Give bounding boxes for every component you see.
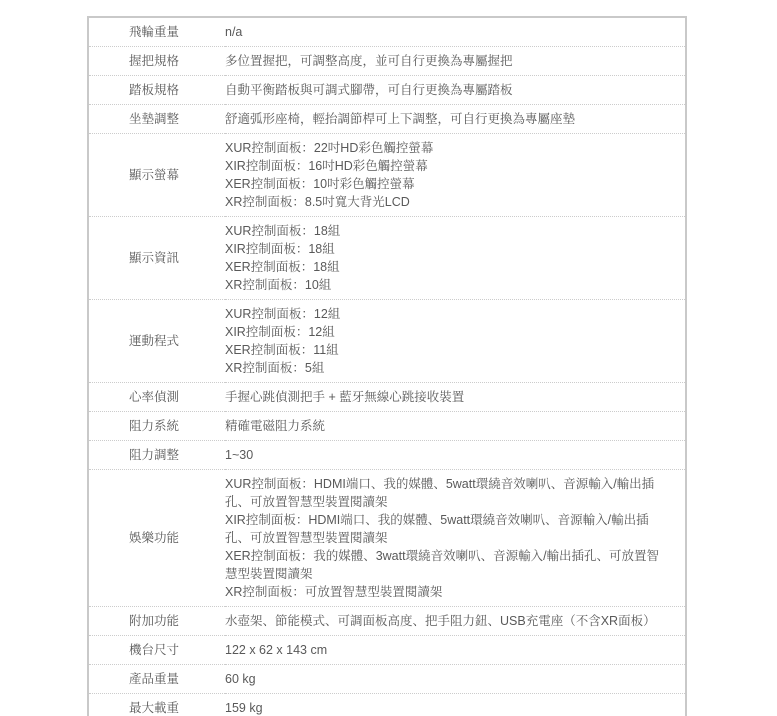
spec-value-line: 1~30	[225, 446, 669, 464]
spec-value-line: XER控制面板：10吋彩色觸控螢幕	[225, 175, 669, 193]
table-row: 顯示資訊XUR控制面板：18組XIR控制面板：18組XER控制面板：18組XR控…	[88, 217, 686, 300]
table-row: 坐墊調整舒適弧形座椅，輕抬調節桿可上下調整，可自行更換為專屬座墊	[88, 105, 686, 134]
table-row: 握把規格多位置握把，可調整高度，並可自行更換為專屬握把	[88, 47, 686, 76]
spec-value-line: 舒適弧形座椅，輕抬調節桿可上下調整，可自行更換為專屬座墊	[225, 110, 669, 128]
spec-value: 1~30	[225, 441, 686, 470]
spec-value-line: XUR控制面板：22吋HD彩色觸控螢幕	[225, 139, 669, 157]
spec-label: 機台尺寸	[88, 636, 225, 665]
spec-value: 159 kg	[225, 694, 686, 716]
spec-label: 踏板規格	[88, 76, 225, 105]
spec-value-line: XER控制面板：18組	[225, 258, 669, 276]
spec-label: 顯示資訊	[88, 217, 225, 300]
spec-label: 娛樂功能	[88, 470, 225, 607]
spec-label: 顯示螢幕	[88, 134, 225, 217]
spec-value-line: XR控制面板：10組	[225, 276, 669, 294]
spec-label: 阻力系統	[88, 412, 225, 441]
table-row: 踏板規格自動平衡踏板與可調式腳帶，可自行更換為專屬踏板	[88, 76, 686, 105]
spec-value: 精確電磁阻力系統	[225, 412, 686, 441]
spec-value: 手握心跳偵測把手 + 藍牙無線心跳接收裝置	[225, 383, 686, 412]
spec-value-line: n/a	[225, 23, 669, 41]
table-row: 顯示螢幕XUR控制面板：22吋HD彩色觸控螢幕XIR控制面板：16吋HD彩色觸控…	[88, 134, 686, 217]
spec-value: XUR控制面板：HDMI端口、我的媒體、5watt環繞音效喇叭、音源輸入/輸出插…	[225, 470, 686, 607]
spec-value-line: XIR控制面板：16吋HD彩色觸控螢幕	[225, 157, 669, 175]
table-row: 娛樂功能XUR控制面板：HDMI端口、我的媒體、5watt環繞音效喇叭、音源輸入…	[88, 470, 686, 607]
spec-value-line: XIR控制面板：12組	[225, 323, 669, 341]
spec-value-line: XR控制面板：可放置智慧型裝置閱讀架	[225, 583, 669, 601]
spec-value: 水壺架、節能模式、可調面板高度、把手阻力鈕、USB充電座（不含XR面板）	[225, 607, 686, 636]
product-spec-page: 飛輪重量n/a握把規格多位置握把，可調整高度，並可自行更換為專屬握把踏板規格自動…	[0, 0, 777, 716]
spec-label: 坐墊調整	[88, 105, 225, 134]
spec-label: 運動程式	[88, 300, 225, 383]
table-row: 附加功能水壺架、節能模式、可調面板高度、把手阻力鈕、USB充電座（不含XR面板）	[88, 607, 686, 636]
table-row: 心率偵測手握心跳偵測把手 + 藍牙無線心跳接收裝置	[88, 383, 686, 412]
spec-value: n/a	[225, 17, 686, 47]
spec-value-line: XUR控制面板：18組	[225, 222, 669, 240]
spec-label: 飛輪重量	[88, 17, 225, 47]
spec-value-line: 精確電磁阻力系統	[225, 417, 669, 435]
spec-value-line: 手握心跳偵測把手 + 藍牙無線心跳接收裝置	[225, 388, 669, 406]
spec-table-body: 飛輪重量n/a握把規格多位置握把，可調整高度，並可自行更換為專屬握把踏板規格自動…	[88, 17, 686, 716]
table-row: 最大載重159 kg	[88, 694, 686, 716]
spec-label: 心率偵測	[88, 383, 225, 412]
spec-table: 飛輪重量n/a握把規格多位置握把，可調整高度，並可自行更換為專屬握把踏板規格自動…	[87, 16, 687, 716]
spec-value: XUR控制面板：12組XIR控制面板：12組XER控制面板：11組XR控制面板：…	[225, 300, 686, 383]
spec-value-line: XUR控制面板：12組	[225, 305, 669, 323]
table-row: 產品重量60 kg	[88, 665, 686, 694]
spec-value-line: XER控制面板：11組	[225, 341, 669, 359]
spec-value-line: 多位置握把，可調整高度，並可自行更換為專屬握把	[225, 52, 669, 70]
spec-value: 60 kg	[225, 665, 686, 694]
spec-label: 產品重量	[88, 665, 225, 694]
spec-value-line: 自動平衡踏板與可調式腳帶，可自行更換為專屬踏板	[225, 81, 669, 99]
table-row: 機台尺寸122 x 62 x 143 cm	[88, 636, 686, 665]
spec-value-line: XR控制面板：5組	[225, 359, 669, 377]
table-row: 運動程式XUR控制面板：12組XIR控制面板：12組XER控制面板：11組XR控…	[88, 300, 686, 383]
spec-label: 最大載重	[88, 694, 225, 716]
spec-label: 附加功能	[88, 607, 225, 636]
spec-value-line: XIR控制面板：18組	[225, 240, 669, 258]
spec-value: 自動平衡踏板與可調式腳帶，可自行更換為專屬踏板	[225, 76, 686, 105]
spec-value-line: XIR控制面板：HDMI端口、我的媒體、5watt環繞音效喇叭、音源輸入/輸出插…	[225, 511, 669, 547]
spec-value: 122 x 62 x 143 cm	[225, 636, 686, 665]
spec-value-line: 60 kg	[225, 670, 669, 688]
spec-value-line: 159 kg	[225, 699, 669, 716]
table-row: 飛輪重量n/a	[88, 17, 686, 47]
table-row: 阻力系統精確電磁阻力系統	[88, 412, 686, 441]
spec-value: 多位置握把，可調整高度，並可自行更換為專屬握把	[225, 47, 686, 76]
spec-value-line: 122 x 62 x 143 cm	[225, 641, 669, 659]
table-row: 阻力調整1~30	[88, 441, 686, 470]
spec-value-line: XR控制面板：8.5吋寬大背光LCD	[225, 193, 669, 211]
spec-value: XUR控制面板：22吋HD彩色觸控螢幕XIR控制面板：16吋HD彩色觸控螢幕XE…	[225, 134, 686, 217]
spec-table-container: 飛輪重量n/a握把規格多位置握把，可調整高度，並可自行更換為專屬握把踏板規格自動…	[87, 16, 687, 716]
spec-label: 握把規格	[88, 47, 225, 76]
spec-value: 舒適弧形座椅，輕抬調節桿可上下調整，可自行更換為專屬座墊	[225, 105, 686, 134]
spec-value-line: XUR控制面板：HDMI端口、我的媒體、5watt環繞音效喇叭、音源輸入/輸出插…	[225, 475, 669, 511]
spec-value-line: XER控制面板：我的媒體、3watt環繞音效喇叭、音源輸入/輸出插孔、可放置智慧…	[225, 547, 669, 583]
spec-value-line: 水壺架、節能模式、可調面板高度、把手阻力鈕、USB充電座（不含XR面板）	[225, 612, 669, 630]
spec-label: 阻力調整	[88, 441, 225, 470]
spec-value: XUR控制面板：18組XIR控制面板：18組XER控制面板：18組XR控制面板：…	[225, 217, 686, 300]
